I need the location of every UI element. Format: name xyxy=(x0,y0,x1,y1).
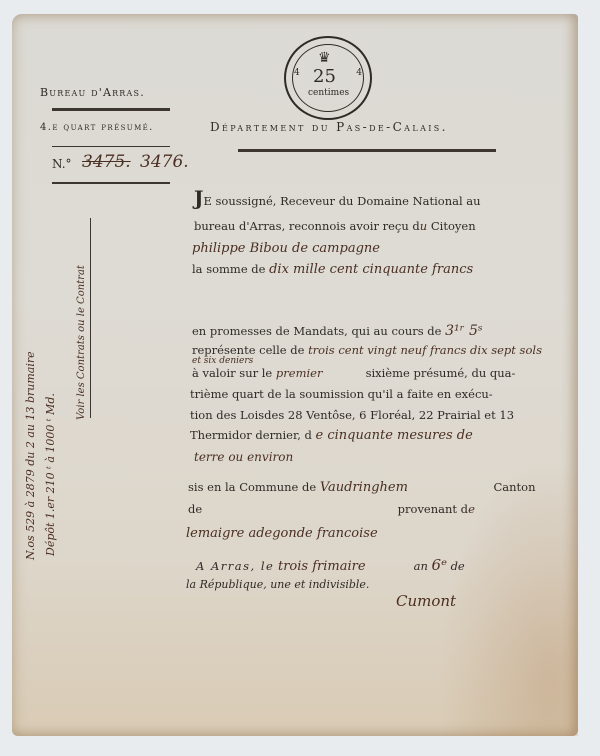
body-line-13: de provenant de xyxy=(188,502,475,516)
body-line-11: terre ou environ xyxy=(194,450,293,464)
header-rule xyxy=(52,146,170,147)
body-line-15: A Arras, le trois frimaire an 6ᵉ de xyxy=(196,556,465,574)
number-label: N.° xyxy=(52,157,72,171)
body-line-4: la somme de dix mille cent cinquante fra… xyxy=(192,262,473,277)
payer-name: philippe Bibou de campagne xyxy=(192,241,380,256)
margin-note-2: Dépôt 1.er 210 ᵗ à 1000 ᵗ Md. xyxy=(44,393,57,556)
crown-icon: ♛ xyxy=(318,50,331,66)
stamp-value: 25 xyxy=(313,66,336,87)
margin-note-1: N.os 529 à 2879 du 2 au 13 brumaire xyxy=(24,351,37,560)
department-heading: Département du Pas-de-Calais. xyxy=(210,120,448,134)
stamp-side-left: 4 xyxy=(294,68,300,78)
body-line-7: à valoir sur le premier sixième présumé,… xyxy=(192,366,515,380)
body-line-8: trième quart de la soumission qu'il a fa… xyxy=(190,387,493,401)
body-line-2: bureau d'Arras, reconnois avoir reçu du … xyxy=(194,219,476,233)
stamp-unit: centimes xyxy=(308,88,349,98)
margin-rule xyxy=(90,218,91,418)
body-line-14: lemaigre adegonde francoise xyxy=(186,526,378,541)
body-line-1: JE soussigné, Receveur du Domaine Nation… xyxy=(194,186,481,210)
signature: Cumont xyxy=(396,592,456,610)
body-line-10: Thermidor dernier, d e cinquante mesures… xyxy=(190,428,473,443)
department-rule xyxy=(238,149,496,152)
body-line-12: sis en la Commune de Vaudringhem Canton xyxy=(188,480,536,495)
margin-note-3: Voir les Contrats ou le Contrat xyxy=(76,265,87,420)
body-line-6b: et six deniers xyxy=(192,356,253,366)
body-line-6: représente celle de trois cent vingt neu… xyxy=(192,343,542,357)
header-rule xyxy=(52,108,170,111)
number-handwritten: 3476. xyxy=(140,152,189,172)
body-line-5: en promesses de Mandats, qui au cours de… xyxy=(192,323,483,339)
quart-heading: 4.e quart présumé. xyxy=(40,122,154,133)
tax-stamp: ♛ 4 25 4 centimes xyxy=(284,36,372,120)
stamp-side-right: 4 xyxy=(356,68,362,78)
number-struck: 3475. xyxy=(82,152,131,172)
body-line-16: la République, une et indivisible. xyxy=(186,578,369,591)
body-line-9: tion des Loisdes 28 Ventôse, 6 Floréal, … xyxy=(190,408,514,422)
header-rule xyxy=(52,182,170,184)
bureau-heading: Bureau d'Arras. xyxy=(40,86,145,99)
